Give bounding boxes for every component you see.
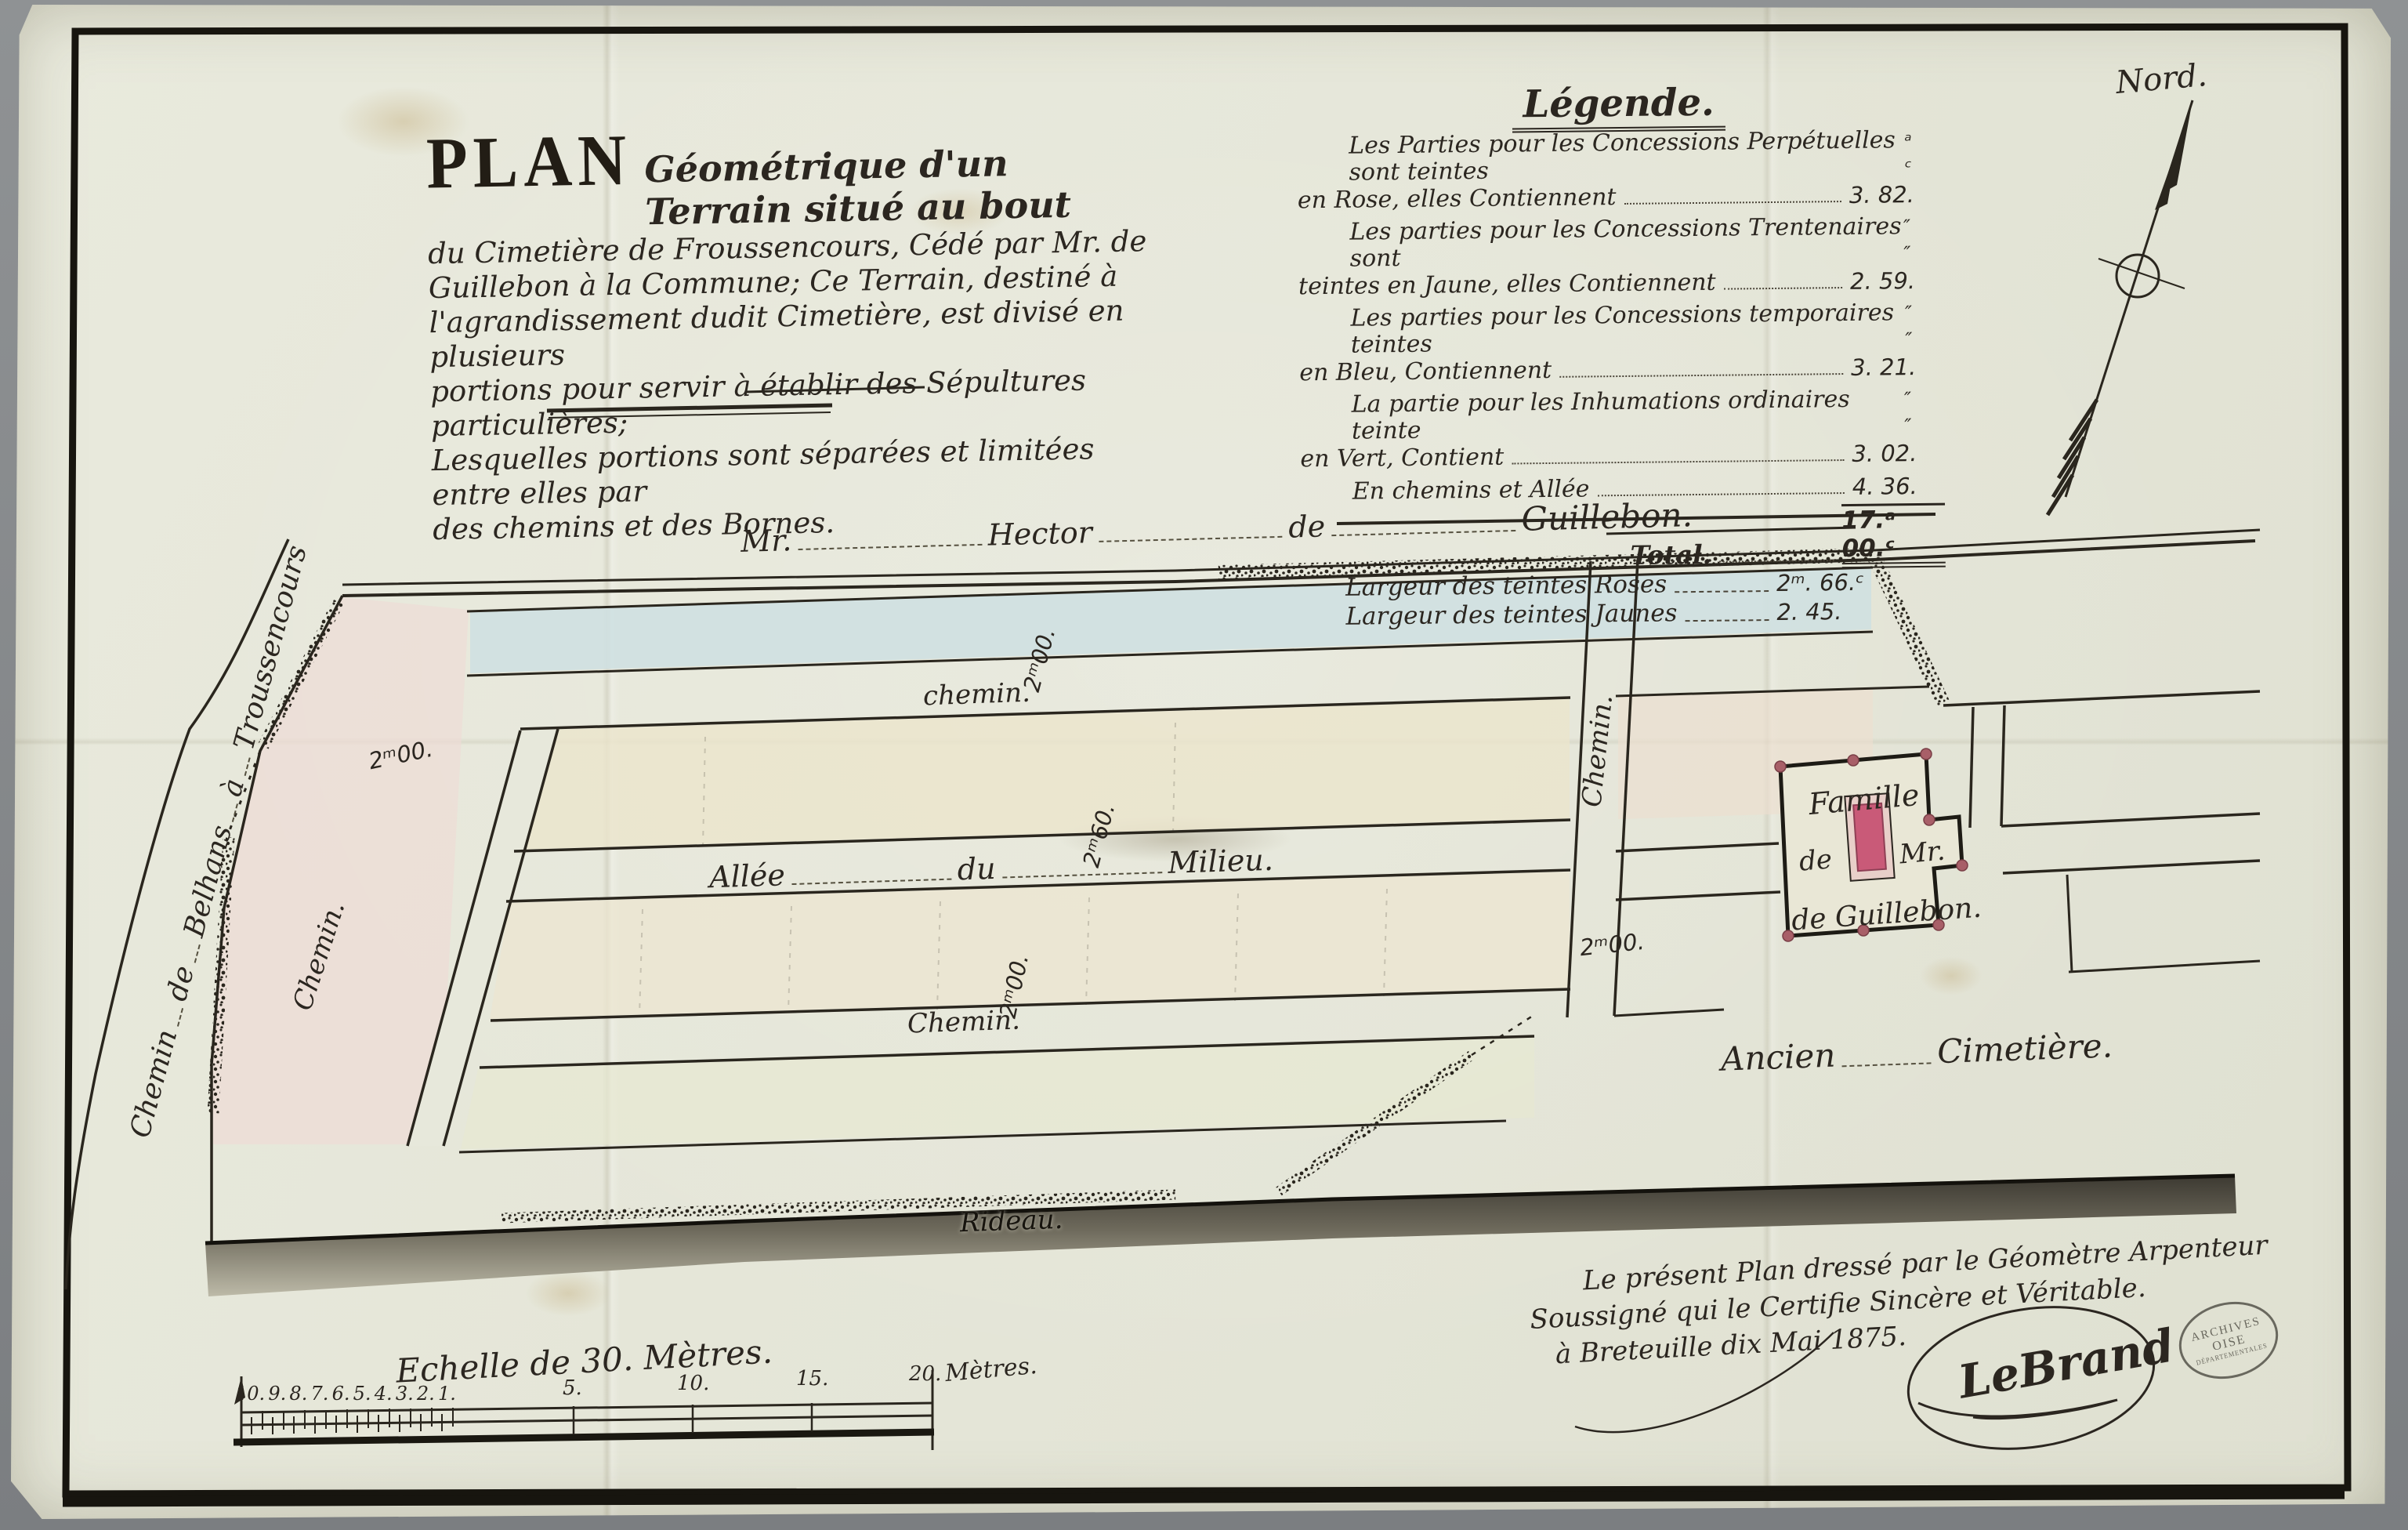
title-rest: Géométrique d'un Terrain situé au bout (644, 140, 1157, 233)
scale-number: 5. (563, 1376, 582, 1400)
width-label: Largeur des teintes Roses (1345, 570, 1667, 602)
width-label: Largeur des teintes Jaunes (1345, 599, 1677, 631)
scale-number: 5. (353, 1383, 371, 1405)
legend-unit-marks: ″ ″ (1904, 386, 1944, 440)
dotted-leader (1624, 201, 1841, 205)
scale-number: 4. (375, 1383, 393, 1405)
scale-number: 10. (677, 1372, 709, 1395)
legend-row-text: teintes en Jaune, elles Contiennent (1298, 269, 1716, 302)
road-word: à (215, 775, 251, 799)
legend-row-text: Les Parties pour les Concessions Perpétu… (1349, 127, 1905, 186)
legend-row: Les parties pour les Concessions tempora… (1298, 299, 1943, 388)
dashed-leader (1842, 1062, 1932, 1067)
allee-word: Allée (708, 857, 785, 894)
legend-unit-marks: ″ ″ (1905, 299, 1943, 353)
dotted-leader (1719, 560, 1834, 563)
legend-heading: Légende. (1296, 78, 1941, 129)
dashed-leader (1331, 530, 1515, 536)
allee-word: du (957, 851, 996, 887)
rideau-label: Rideau. (959, 1204, 1063, 1239)
legend-row-text: en Rose, elles Contiennent (1298, 183, 1617, 215)
legend-row-text: Les parties pour les Concessions tempora… (1350, 299, 1905, 358)
legend-block: Légende. Les Parties pour les Concession… (1296, 78, 1946, 633)
yellow-tint-strip-lower (490, 872, 1570, 1019)
title-line: l'agrandissement dudit Cimetière, est di… (429, 293, 1158, 375)
title-line: Lesquelles portions sont séparées et lim… (431, 431, 1161, 513)
dashed-leader (177, 1008, 183, 1027)
width-value: 2. 45. (1776, 596, 1894, 627)
dashed-leader (244, 757, 251, 776)
yellow-tint-strip-upper (513, 699, 1570, 850)
arrow-feather (2048, 400, 2097, 515)
width-value: 2ᵐ. 66.ᶜ (1776, 567, 1894, 598)
legend-row-text: Les parties pour les Concessions Trenten… (1349, 213, 1903, 272)
ancien-word: Cimetière. (1936, 1026, 2113, 1071)
dashed-leader (1686, 619, 1769, 622)
dashed-leader (1002, 872, 1162, 878)
legend-value: 2. 59. (1850, 266, 1943, 295)
legend-total-label: Total. (1630, 539, 1711, 571)
scale-number: 6. (332, 1383, 350, 1405)
owner-word: Guillebon. (1521, 495, 1693, 538)
legend-unit-marks: ᵃ ᶜ (1904, 127, 1941, 180)
owner-word: de (1288, 509, 1326, 544)
legend-value: 3. 82. (1849, 180, 1942, 209)
legend-total-value: 17.ᵃ 00.ᶜ (1841, 503, 1946, 568)
dotted-leader (1559, 373, 1843, 378)
legend-width-row: Largeur des teintes Jaunes 2. 45. (1302, 596, 1894, 632)
scale-number: 3. (396, 1383, 414, 1405)
legend-row: La partie pour les Inhumations ordinaire… (1299, 386, 1944, 474)
title-line: portions pour servir à établir des Sépul… (430, 362, 1160, 444)
green-tint-strip (461, 1038, 1534, 1149)
title-block: PLAN Géométrique d'un Terrain situé au b… (425, 119, 1161, 547)
legend-value: 3. 02. (1852, 439, 1944, 468)
legend-value: 3. 21. (1851, 353, 1943, 382)
dotted-leader (1598, 492, 1845, 496)
scale-number: 9. (268, 1383, 286, 1405)
owner-word: Hector (987, 515, 1092, 552)
scale-number: 2. (417, 1383, 435, 1405)
legend-row: Les Parties pour les Concessions Perpétu… (1297, 127, 1942, 216)
dashed-leader (791, 879, 951, 885)
ancien-word: Ancien (1720, 1036, 1836, 1079)
scale-number: 1. (438, 1383, 456, 1405)
legend-row-text: en Bleu, Contiennent (1299, 357, 1552, 387)
dashed-leader (1099, 536, 1283, 542)
dashed-leader (798, 544, 983, 550)
title-plan-word: PLAN (425, 125, 632, 197)
owner-word: Mr. (741, 523, 792, 559)
chemin-top-label: chemin. (922, 677, 1030, 712)
legend-unit-marks: ″ ″ (1903, 213, 1943, 267)
tomb-label-mr: Mr. (1898, 836, 1946, 871)
scale-minor-numbers: 10. 9. 8. 7. 6. 5. 4. 3. 2. 1. (235, 1383, 456, 1405)
scale-number: 7. (311, 1383, 329, 1405)
legend-value: 4. 36. (1852, 472, 1945, 501)
legend-row-text: La partie pour les Inhumations ordinaire… (1351, 386, 1904, 444)
dashed-leader (194, 944, 201, 963)
scale-number: 15. (796, 1367, 828, 1390)
tomb-label-de: de (1798, 843, 1833, 877)
scale-number: 20. (909, 1362, 941, 1386)
dashed-leader (1675, 590, 1769, 593)
scale-number: 8. (289, 1383, 307, 1405)
north-arrow (2048, 100, 2193, 515)
dotted-leader (1512, 459, 1844, 464)
legend-row: Les parties pour les Concessions Trenten… (1298, 213, 1943, 302)
allee-word: Milieu. (1168, 843, 1274, 880)
dashed-leader (232, 803, 238, 822)
scale-number: 10. (235, 1383, 265, 1405)
legend-row-text: en Vert, Contient (1300, 444, 1504, 474)
dotted-leader (1724, 287, 1842, 290)
